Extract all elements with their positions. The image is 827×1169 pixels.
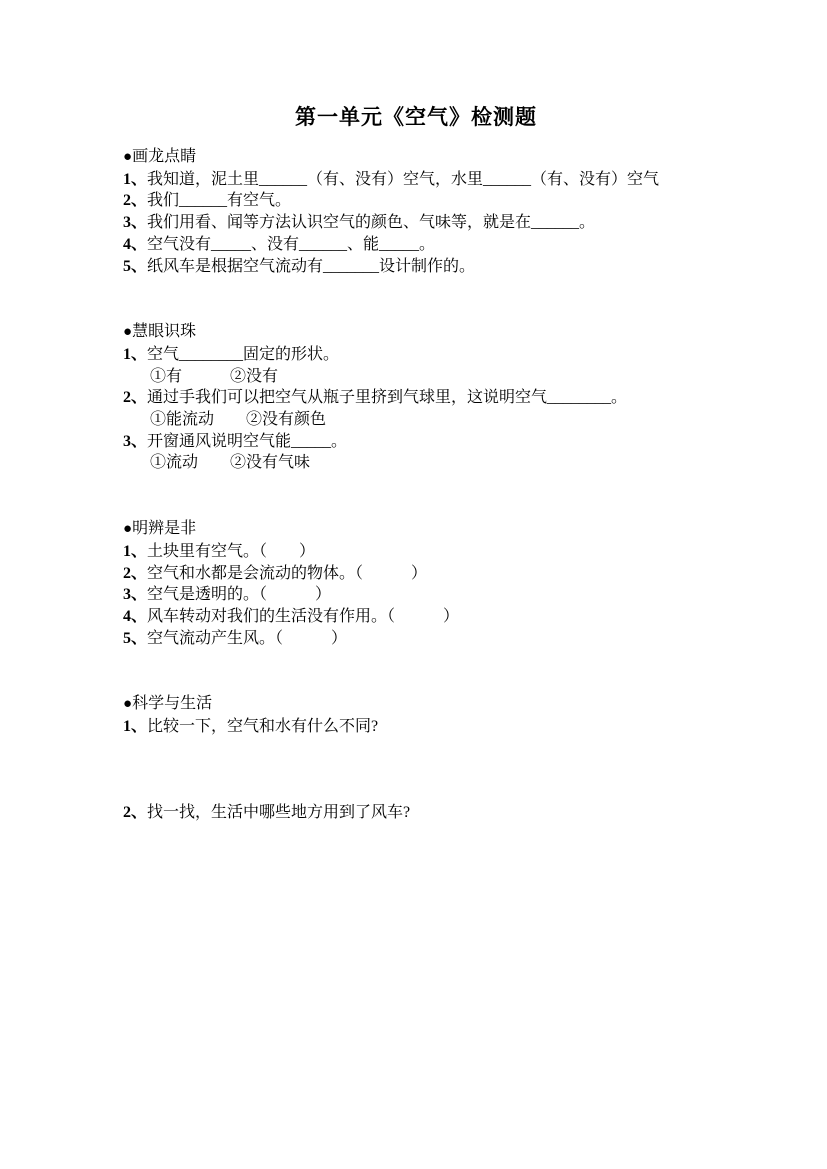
question-number: 2、 <box>123 389 147 406</box>
question-line: 2、通过手我们可以把空气从瓶子里挤到气球里，这说明空气________。 <box>123 387 709 409</box>
question-text: 我们______有空气。 <box>147 192 291 209</box>
section-heading: ●画龙点睛 <box>123 146 709 169</box>
section-heading-label: 科学与生活 <box>132 695 212 712</box>
question-line: 2、找一找，生活中哪些地方用到了风车? <box>123 802 709 824</box>
question-line: 2、空气和水都是会流动的物体。（ ） <box>123 563 709 585</box>
worksheet-page: 第一单元《空气》检测题 ●画龙点睛 1、我知道，泥土里______（有、没有）空… <box>0 0 827 1169</box>
question-line: 1、土块里有空气。（ ） <box>123 541 709 563</box>
bullet-icon: ● <box>123 149 132 165</box>
page-content: 第一单元《空气》检测题 ●画龙点睛 1、我知道，泥土里______（有、没有）空… <box>0 0 827 823</box>
section-science-life: ●科学与生活 1、比较一下，空气和水有什么不同? 2、找一找，生活中哪些地方用到… <box>123 693 709 823</box>
question-text: 土块里有空气。（ ） <box>147 543 315 560</box>
section-heading-label: 慧眼识珠 <box>132 323 196 340</box>
question-number: 3、 <box>123 214 147 231</box>
question-line: 3、开窗通风说明空气能_____。 <box>123 431 709 453</box>
question-text: 开窗通风说明空气能_____。 <box>147 433 347 450</box>
question-number: 4、 <box>123 236 147 253</box>
section-multiple-choice: ●慧眼识珠 1、空气________固定的形状。 ①有 ②没有 2、通过手我们可… <box>123 321 709 474</box>
question-text: 空气流动产生风。（ ） <box>147 630 347 647</box>
question-line: 5、纸风车是根据空气流动有_______设计制作的。 <box>123 256 709 278</box>
question-number: 1、 <box>123 171 147 188</box>
question-text: 风车转动对我们的生活没有作用。（ ） <box>147 608 459 625</box>
question-text: 找一找，生活中哪些地方用到了风车? <box>147 804 410 821</box>
question-line: 4、空气没有_____、没有______、能_____。 <box>123 234 709 256</box>
question-text: 纸风车是根据空气流动有_______设计制作的。 <box>147 258 475 275</box>
question-text: 空气和水都是会流动的物体。（ ） <box>147 565 427 582</box>
question-text: 我们用看、闻等方法认识空气的颜色、气味等，就是在______。 <box>147 214 595 231</box>
section-heading-label: 明辨是非 <box>132 520 196 537</box>
question-line: 1、比较一下，空气和水有什么不同? <box>123 716 709 738</box>
question-line: 5、空气流动产生风。（ ） <box>123 628 709 650</box>
question-number: 3、 <box>123 433 147 450</box>
question-number: 1、 <box>123 543 147 560</box>
section-fill-blanks: ●画龙点睛 1、我知道，泥土里______（有、没有）空气，水里______（有… <box>123 146 709 277</box>
question-line: 1、我知道，泥土里______（有、没有）空气，水里______（有、没有）空气 <box>123 169 709 191</box>
question-text: 通过手我们可以把空气从瓶子里挤到气球里，这说明空气________。 <box>147 389 627 406</box>
option-line: ①能流动 ②没有颜色 <box>123 409 709 431</box>
section-heading: ●慧眼识珠 <box>123 321 709 344</box>
section-heading-label: 画龙点睛 <box>132 148 196 165</box>
question-number: 5、 <box>123 630 147 647</box>
question-text: 比较一下，空气和水有什么不同? <box>147 718 378 735</box>
question-number: 2、 <box>123 804 147 821</box>
question-line: 4、风车转动对我们的生活没有作用。（ ） <box>123 606 709 628</box>
question-number: 2、 <box>123 565 147 582</box>
page-title: 第一单元《空气》检测题 <box>123 99 709 135</box>
question-number: 2、 <box>123 192 147 209</box>
question-line: 2、我们______有空气。 <box>123 190 709 212</box>
section-heading: ●明辨是非 <box>123 518 709 541</box>
bullet-icon: ● <box>123 324 132 340</box>
question-number: 3、 <box>123 586 147 603</box>
option-line: ①流动 ②没有气味 <box>123 452 709 474</box>
question-line: 1、空气________固定的形状。 <box>123 344 709 366</box>
question-number: 4、 <box>123 608 147 625</box>
question-text: 空气________固定的形状。 <box>147 346 339 363</box>
question-text: 空气没有_____、没有______、能_____。 <box>147 236 435 253</box>
option-line: ①有 ②没有 <box>123 366 709 388</box>
question-text: 我知道，泥土里______（有、没有）空气，水里______（有、没有）空气 <box>147 171 659 188</box>
question-line: 3、我们用看、闻等方法认识空气的颜色、气味等，就是在______。 <box>123 212 709 234</box>
question-number: 5、 <box>123 258 147 275</box>
section-true-false: ●明辨是非 1、土块里有空气。（ ） 2、空气和水都是会流动的物体。（ ） 3、… <box>123 518 709 649</box>
question-line: 3、空气是透明的。（ ） <box>123 584 709 606</box>
question-number: 1、 <box>123 718 147 735</box>
question-number: 1、 <box>123 346 147 363</box>
bullet-icon: ● <box>123 696 132 712</box>
section-heading: ●科学与生活 <box>123 693 709 716</box>
bullet-icon: ● <box>123 521 132 537</box>
question-text: 空气是透明的。（ ） <box>147 586 331 603</box>
